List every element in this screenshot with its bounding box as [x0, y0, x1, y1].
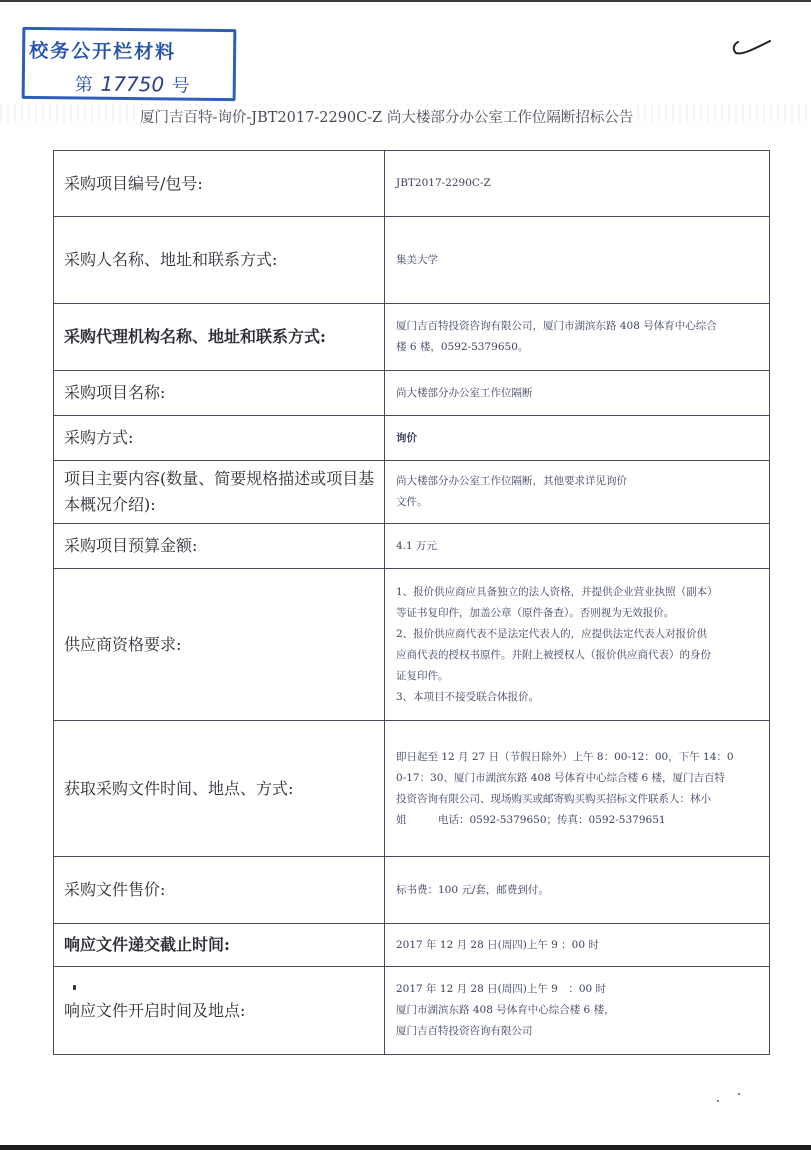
row-label-obtain-documents: 获取采购文件时间、地点、方式:: [54, 721, 385, 857]
row-label-agency: 采购代理机构名称、地址和联系方式:: [54, 304, 385, 371]
obtain-line: 姐 电话：0592-5379650；传真：0592-5379651: [396, 810, 761, 831]
row-label-submission-deadline: 响应文件递交截止时间:: [54, 924, 385, 967]
procurement-info-table: 采购项目编号/包号: JBT2017-2290C-Z 采购人名称、地址和联系方式…: [53, 150, 770, 1055]
table-row: 获取采购文件时间、地点、方式: 即日起至 12 月 27 日（节假日除外）上午 …: [54, 721, 770, 857]
stamp-number-prefix: 第: [75, 74, 93, 95]
table-row: 采购方式: 询价: [54, 416, 770, 461]
row-value-method: 询价: [385, 416, 770, 461]
agency-line: 楼 6 楼，0592-5379650。: [396, 337, 761, 358]
qualification-line: 等证书复印件，加盖公章（原件备查）。否则视为无效报价。: [396, 603, 761, 624]
table-row: 采购文件售价: 标书费：100 元/套，邮费到付。: [54, 857, 770, 924]
row-label-budget: 采购项目预算金额:: [54, 524, 385, 569]
school-affairs-stamp: 校务公开栏材料 第 17750 号: [22, 27, 237, 101]
row-value-qualifications: 1、报价供应商应具备独立的法人资格，并提供企业营业执照（副本） 等证书复印件，加…: [385, 569, 770, 721]
table-row: 采购项目预算金额: 4.1 万元: [54, 524, 770, 569]
row-value-project-number: JBT2017-2290C-Z: [385, 151, 770, 217]
row-value-obtain-documents: 即日起至 12 月 27 日（节假日除外）上午 8：00-12：00，下午 14…: [385, 721, 770, 857]
document-title: 厦门吉百特-询价-JBT2017-2290C-Z 尚大楼部分办公室工作位隔断招标…: [138, 106, 635, 127]
row-label-project-name: 采购项目名称:: [54, 371, 385, 416]
opening-line: 2017 年 12 月 28 日(周四)上午 9 ：00 时: [396, 979, 761, 1000]
scan-speck: [717, 1100, 719, 1102]
table-row: 采购项目名称: 尚大楼部分办公室工作位隔断: [54, 371, 770, 416]
table-row: 采购代理机构名称、地址和联系方式: 厦门吉百特投资咨询有限公司，厦门市湖滨东路 …: [54, 304, 770, 371]
table-row: 采购项目编号/包号: JBT2017-2290C-Z: [54, 151, 770, 217]
row-value-budget: 4.1 万元: [385, 524, 770, 569]
content-line: 文件。: [396, 492, 761, 513]
opening-line: 厦门市湖滨东路 408 号体育中心综合楼 6 楼，: [396, 1000, 761, 1021]
row-value-main-content: 尚大楼部分办公室工作位隔断，其他要求详见询价 文件。: [385, 461, 770, 524]
stamp-title: 校务公开栏材料: [29, 36, 235, 65]
qualification-line: 1、报价供应商应具备独立的法人资格，并提供企业营业执照（副本）: [396, 582, 761, 603]
row-value-opening-time-place: 2017 年 12 月 28 日(周四)上午 9 ：00 时 厦门市湖滨东路 4…: [385, 967, 770, 1055]
stamp-number-suffix: 号: [172, 75, 190, 96]
scan-speck: [738, 1093, 740, 1095]
table-row: 响应文件开启时间及地点: 2017 年 12 月 28 日(周四)上午 9 ：0…: [54, 967, 770, 1055]
stray-mark: [73, 985, 76, 990]
obtain-line: 0-17：30、厦门市湖滨东路 408 号体育中心综合楼 6 楼，厦门吉百特: [396, 768, 761, 789]
content-line: 尚大楼部分办公室工作位隔断，其他要求详见询价: [396, 471, 761, 492]
row-label-purchaser: 采购人名称、地址和联系方式:: [54, 217, 385, 304]
row-label-qualifications: 供应商资格要求:: [54, 569, 385, 721]
row-value-purchaser: 集美大学: [385, 217, 770, 304]
obtain-line: 即日起至 12 月 27 日（节假日除外）上午 8：00-12：00，下午 14…: [396, 747, 761, 768]
row-value-submission-deadline: 2017 年 12 月 28 日(周四)上午 9 ：00 时: [385, 924, 770, 967]
table-row: 供应商资格要求: 1、报价供应商应具备独立的法人资格，并提供企业营业执照（副本）…: [54, 569, 770, 721]
scan-top-edge: [0, 0, 811, 2]
qualification-line: 2、报价供应商代表不是法定代表人的，应提供法定代表人对报价供: [396, 624, 761, 645]
opening-line: 厦门吉百特投资咨询有限公司: [396, 1021, 761, 1042]
qualification-line: 3、本项目不接受联合体报价。: [396, 687, 761, 708]
stamp-handwritten-number: 17750: [100, 72, 164, 97]
row-label-opening-time-place: 响应文件开启时间及地点:: [54, 967, 385, 1055]
row-label-project-number: 采购项目编号/包号:: [54, 151, 385, 217]
qualification-line: 证复印件。: [396, 666, 761, 687]
stamp-number-row: 第 17750 号: [75, 70, 190, 97]
row-label-document-price: 采购文件售价:: [54, 857, 385, 924]
table-row: 采购人名称、地址和联系方式: 集美大学: [54, 217, 770, 304]
row-value-document-price: 标书费：100 元/套，邮费到付。: [385, 857, 770, 924]
scan-bottom-edge: [0, 1145, 811, 1150]
obtain-line: 投资咨询有限公司、现场购买或邮寄购买购买招标文件联系人：林小: [396, 789, 761, 810]
row-value-agency: 厦门吉百特投资咨询有限公司，厦门市湖滨东路 408 号体育中心综合 楼 6 楼，…: [385, 304, 770, 371]
agency-line: 厦门吉百特投资咨询有限公司，厦门市湖滨东路 408 号体育中心综合: [396, 316, 761, 337]
row-label-method: 采购方式:: [54, 416, 385, 461]
row-value-project-name: 尚大楼部分办公室工作位隔断: [385, 371, 770, 416]
table-row: 响应文件递交截止时间: 2017 年 12 月 28 日(周四)上午 9 ：00…: [54, 924, 770, 967]
check-mark-icon: [728, 38, 776, 64]
qualification-line: 应商代表的授权书原件。并附上被授权人（报价供应商代表）的身份: [396, 645, 761, 666]
row-label-main-content: 项目主要内容(数量、简要规格描述或项目基本概况介绍):: [54, 461, 385, 524]
table-row: 项目主要内容(数量、简要规格描述或项目基本概况介绍): 尚大楼部分办公室工作位隔…: [54, 461, 770, 524]
